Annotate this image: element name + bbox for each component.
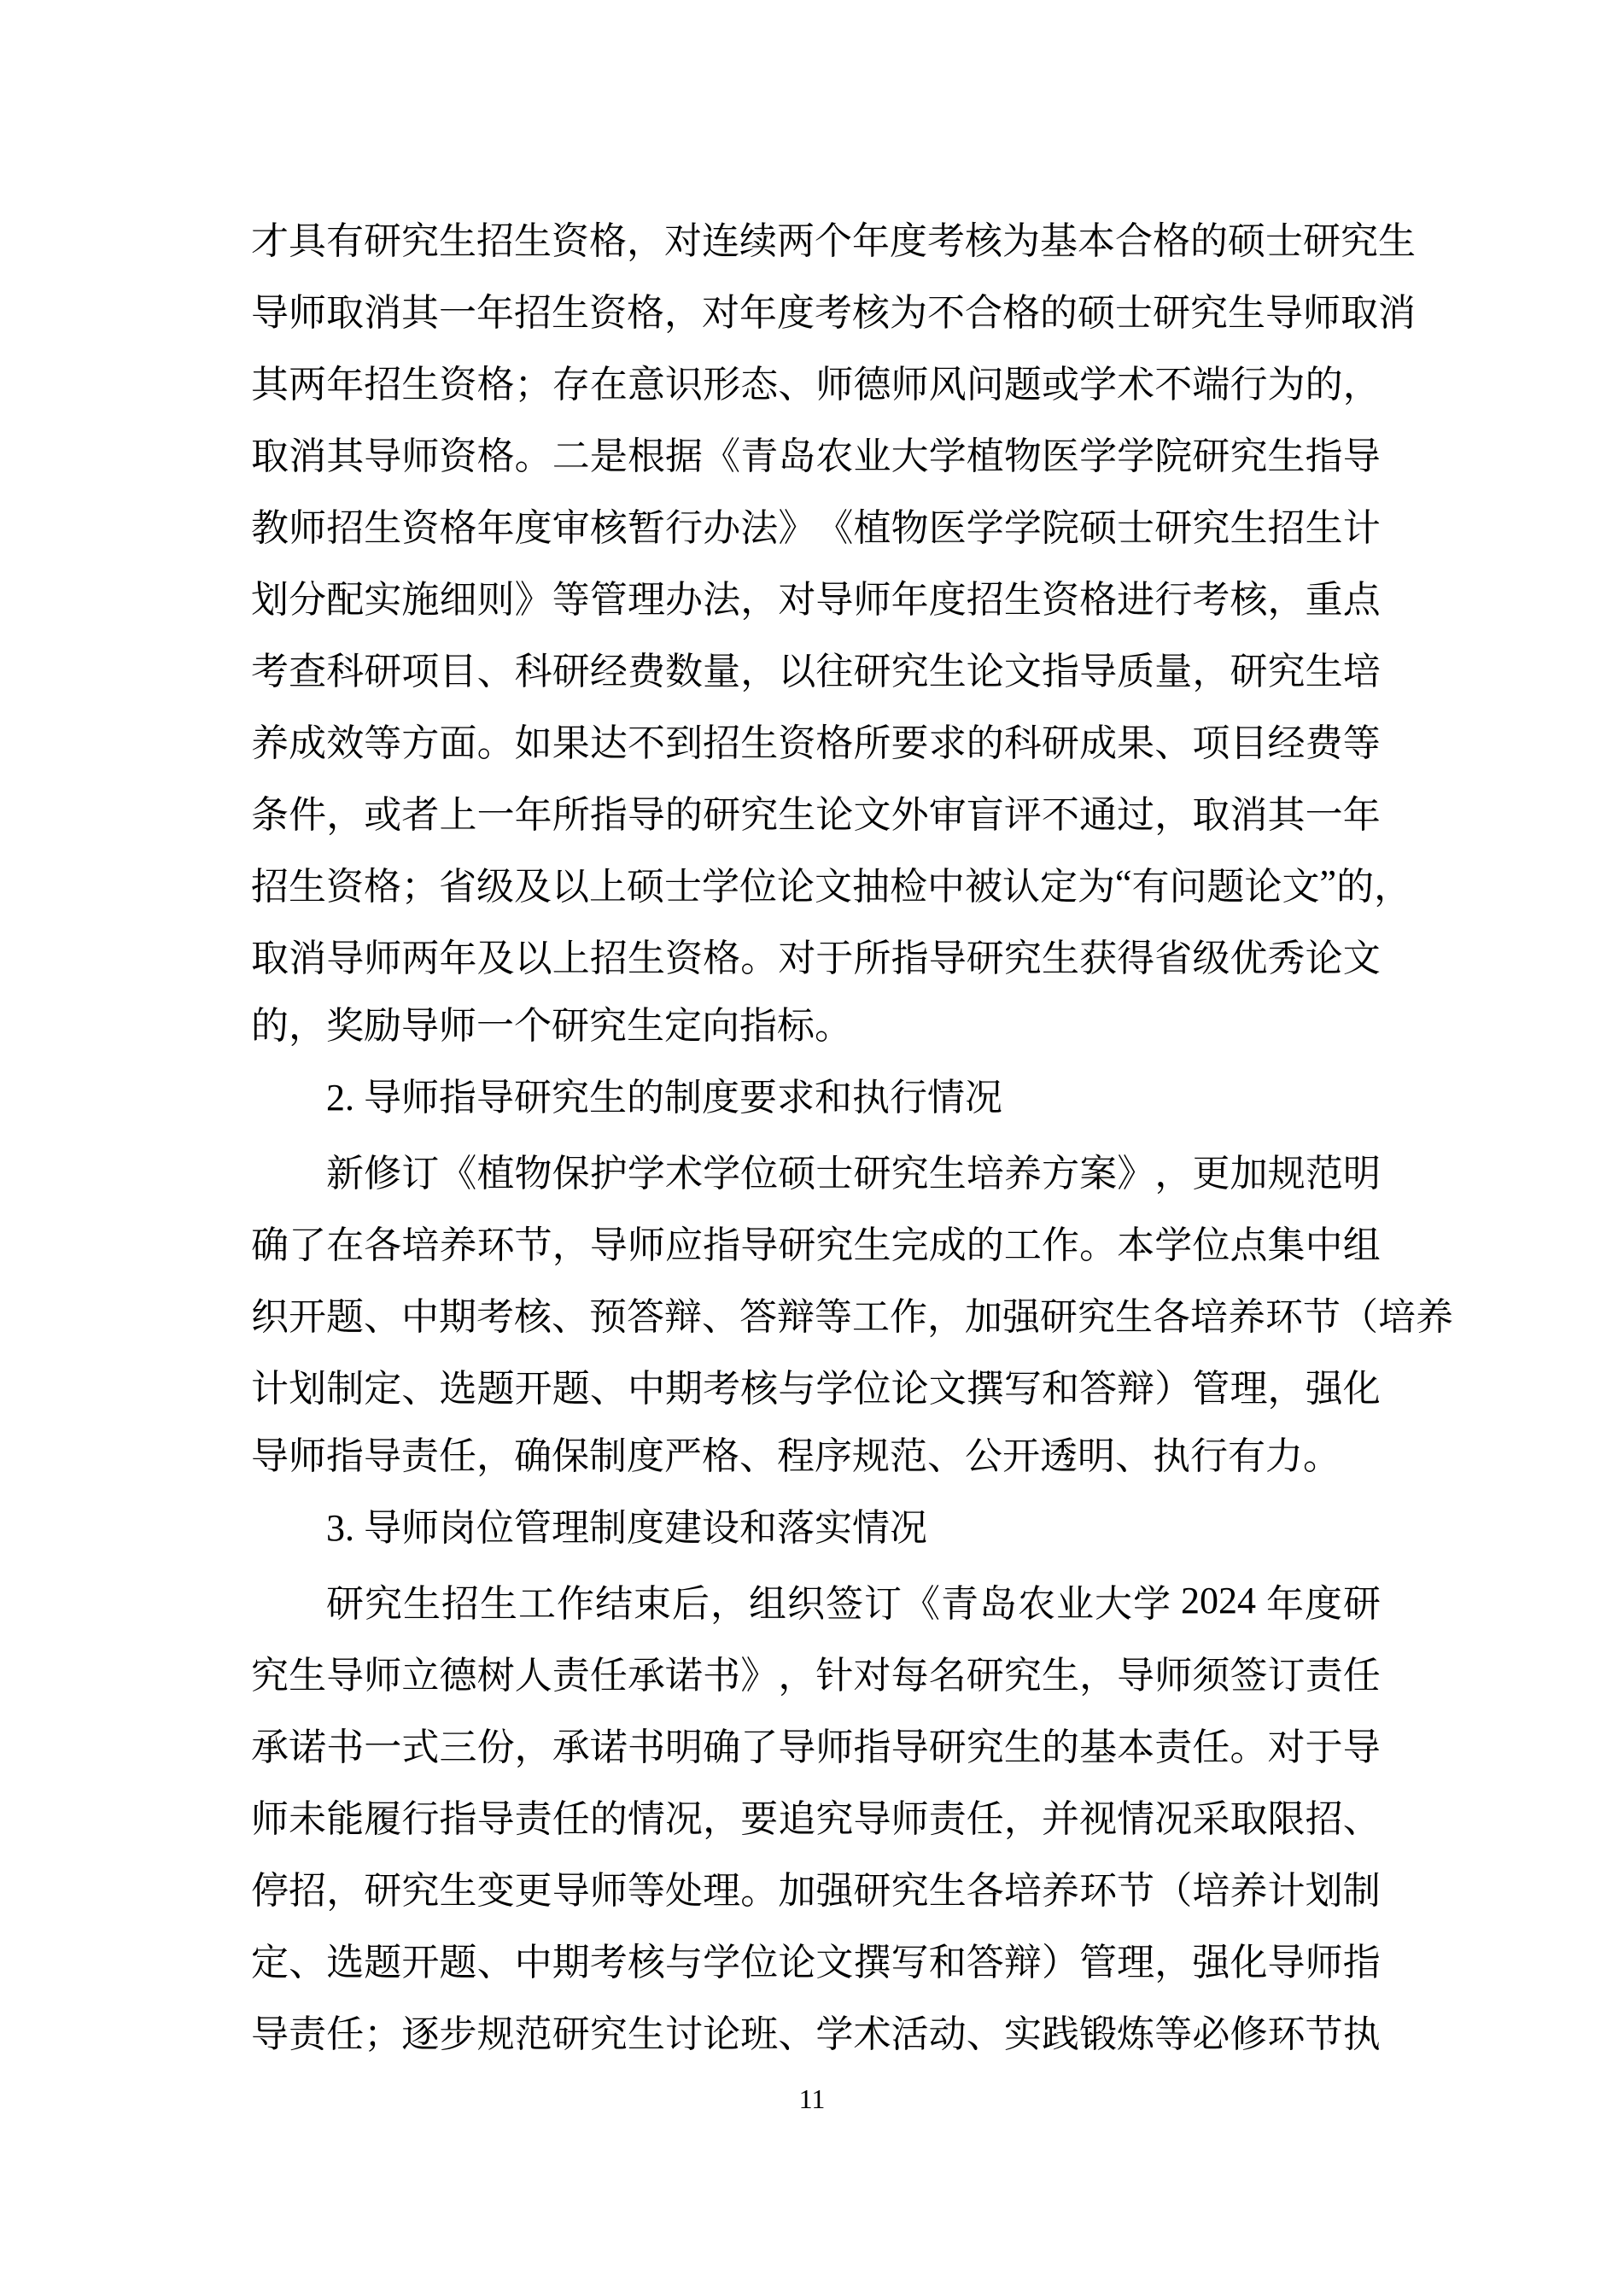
text-line: 其两年招生资格；存在意识形态、师德师风问题或学术不端行为的， [251, 345, 1381, 417]
text-line: 招生资格；省级及以上硕士学位论文抽检中被认定为“有问题论文”的， [251, 847, 1381, 919]
text-line: 承诺书一式三份，承诺书明确了导师指导研究生的基本责任。对于导 [251, 1708, 1381, 1779]
text-block: 才具有研究生招生资格，对连续两个年度考核为基本合格的硕士研究生导师取消其一年招生… [251, 202, 1381, 2066]
text-line: 导责任；逐步规范研究生讨论班、学术活动、实践锻炼等必修环节执 [251, 1995, 1381, 2066]
text-line: 织开题、中期考核、预答辩、答辩等工作，加强研究生各培养环节（培养 [251, 1277, 1381, 1349]
text-line: 养成效等方面。如果达不到招生资格所要求的科研成果、项目经费等 [251, 704, 1381, 775]
text-line: 计划制定、选题开题、中期考核与学位论文撰写和答辩）管理，强化 [251, 1349, 1381, 1421]
text-line: 取消导师两年及以上招生资格。对于所指导研究生获得省级优秀论文 [251, 919, 1381, 990]
paragraph-body-continuation: 才具有研究生招生资格，对连续两个年度考核为基本合格的硕士研究生导师取消其一年招生… [251, 202, 1381, 1062]
text-line: 研究生招生工作结束后，组织签订《青岛农业大学 2024 年度研 [251, 1564, 1381, 1636]
page-number: 11 [0, 2082, 1624, 2116]
text-line: 导师取消其一年招生资格，对年度考核为不合格的硕士研究生导师取消 [251, 273, 1381, 345]
text-line: 导师指导责任，确保制度严格、程序规范、公开透明、执行有力。 [251, 1421, 1381, 1493]
text-line: 的，奖励导师一个研究生定向指标。 [251, 990, 1381, 1062]
text-line: 师未能履行指导责任的情况，要追究导师责任，并视情况采取限招、 [251, 1779, 1381, 1851]
text-line: 究生导师立德树人责任承诺书》，针对每名研究生，导师须签订责任 [251, 1636, 1381, 1708]
text-line: 教师招生资格年度审核暂行办法》《植物医学学院硕士研究生招生计 [251, 488, 1381, 560]
paragraph-body-item-3: 研究生招生工作结束后，组织签订《青岛农业大学 2024 年度研究生导师立德树人责… [251, 1564, 1381, 2066]
text-line: 条件，或者上一年所指导的研究生论文外审盲评不通过，取消其一年 [251, 775, 1381, 847]
paragraph-item-2-heading: 2. 导师指导研究生的制度要求和执行情况 [251, 1062, 1381, 1134]
text-line: 停招，研究生变更导师等处理。加强研究生各培养环节（培养计划制 [251, 1851, 1381, 1923]
text-line: 新修订《植物保护学术学位硕士研究生培养方案》，更加规范明 [251, 1134, 1381, 1206]
text-line: 取消其导师资格。二是根据《青岛农业大学植物医学学院研究生指导 [251, 417, 1381, 488]
text-line: 2. 导师指导研究生的制度要求和执行情况 [251, 1062, 1381, 1134]
text-line: 3. 导师岗位管理制度建设和落实情况 [251, 1493, 1381, 1564]
document-page: 才具有研究生招生资格，对连续两个年度考核为基本合格的硕士研究生导师取消其一年招生… [0, 0, 1624, 2296]
text-line: 确了在各培养环节，导师应指导研究生完成的工作。本学位点集中组 [251, 1206, 1381, 1277]
text-line: 考查科研项目、科研经费数量，以往研究生论文指导质量，研究生培 [251, 632, 1381, 704]
text-line: 才具有研究生招生资格，对连续两个年度考核为基本合格的硕士研究生 [251, 202, 1381, 273]
paragraph-body-item-2: 新修订《植物保护学术学位硕士研究生培养方案》，更加规范明确了在各培养环节，导师应… [251, 1134, 1381, 1493]
text-line: 定、选题开题、中期考核与学位论文撰写和答辩）管理，强化导师指 [251, 1923, 1381, 1995]
paragraph-item-3-heading: 3. 导师岗位管理制度建设和落实情况 [251, 1493, 1381, 1564]
text-line: 划分配实施细则》等管理办法，对导师年度招生资格进行考核，重点 [251, 560, 1381, 632]
